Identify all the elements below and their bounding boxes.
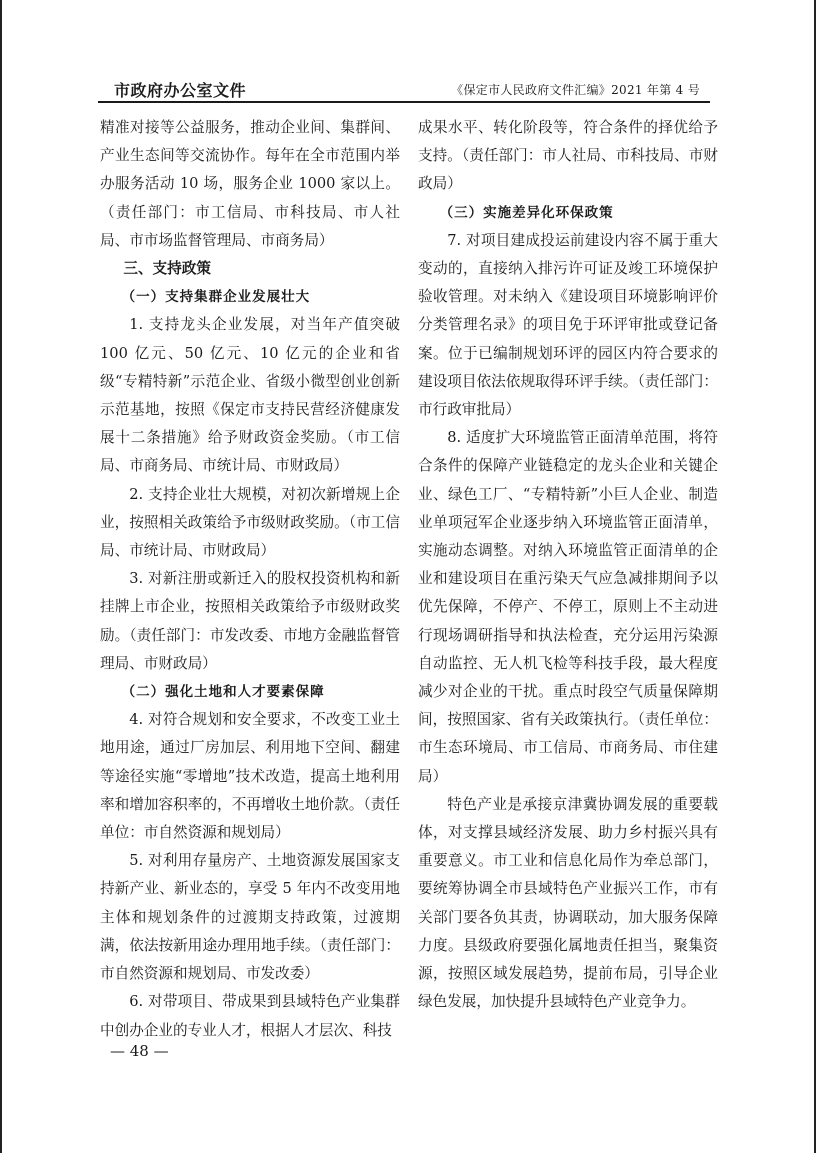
policy-item-6: 6. 对带项目、带成果到县域特色产业集群中创办企业的专业人才，根据人才层次、科技 bbox=[100, 988, 400, 1044]
policy-item-2: 2. 支持企业壮大规模，对初次新增规上企业，按照相关政策给予市级财政奖励。（市工… bbox=[100, 481, 400, 566]
paragraph-continued: 成果水平、转化阶段等，符合条件的择优给予支持。（责任部门：市人社局、市科技局、市… bbox=[418, 114, 718, 199]
policy-item-7: 7. 对项目建成投运前建设内容不属于重大变动的，直接纳入排污许可证及竣工环境保护… bbox=[418, 227, 718, 424]
right-column: 成果水平、转化阶段等，符合条件的择优给予支持。（责任部门：市人社局、市科技局、市… bbox=[418, 114, 718, 1017]
document-category-title: 市政府办公室文件 bbox=[114, 78, 246, 101]
page-header: 市政府办公室文件 《保定市人民政府文件汇编》2021 年第 4 号 bbox=[98, 78, 710, 102]
left-column: 精准对接等公益服务，推动企业间、集群间、产业生态间等交流协作。每年在全市范围内举… bbox=[100, 114, 400, 1045]
section-heading: 三、支持政策 bbox=[100, 255, 400, 283]
publication-title: 《保定市人民政府文件汇编》2021 年第 4 号 bbox=[451, 81, 700, 98]
closing-paragraph: 特色产业是承接京津冀协调发展的重要载体，对支撑县域经济发展、助力乡村振兴具有重要… bbox=[418, 791, 718, 1017]
policy-item-3: 3. 对新注册或新迁入的股权投资机构和新挂牌上市企业，按照相关政策给予市级财政奖… bbox=[100, 565, 400, 678]
page-number: — 48 — bbox=[110, 1042, 169, 1060]
policy-item-8: 8. 适度扩大环境监管正面清单范围，将符合条件的保障产业链稳定的龙头企业和关键企… bbox=[418, 424, 718, 791]
policy-item-1: 1. 支持龙头企业发展，对当年产值突破 100 亿元、50 亿元、10 亿元的企… bbox=[100, 311, 400, 480]
policy-item-4: 4. 对符合规划和安全要求，不改变工业土地用途，通过厂房加层、利用地下空间、翻建… bbox=[100, 706, 400, 847]
policy-item-5: 5. 对利用存量房产、土地资源发展国家支持新产业、新业态的，享受 5 年内不改变… bbox=[100, 847, 400, 988]
scan-edge-left bbox=[0, 0, 2, 1153]
header-divider bbox=[98, 101, 710, 103]
subsection-heading: （三）实施差异化环保政策 bbox=[418, 199, 718, 227]
subsection-heading: （二）强化土地和人才要素保障 bbox=[100, 678, 400, 706]
paragraph-continued: 精准对接等公益服务，推动企业间、集群间、产业生态间等交流协作。每年在全市范围内举… bbox=[100, 114, 400, 255]
subsection-heading: （一）支持集群企业发展壮大 bbox=[100, 283, 400, 311]
